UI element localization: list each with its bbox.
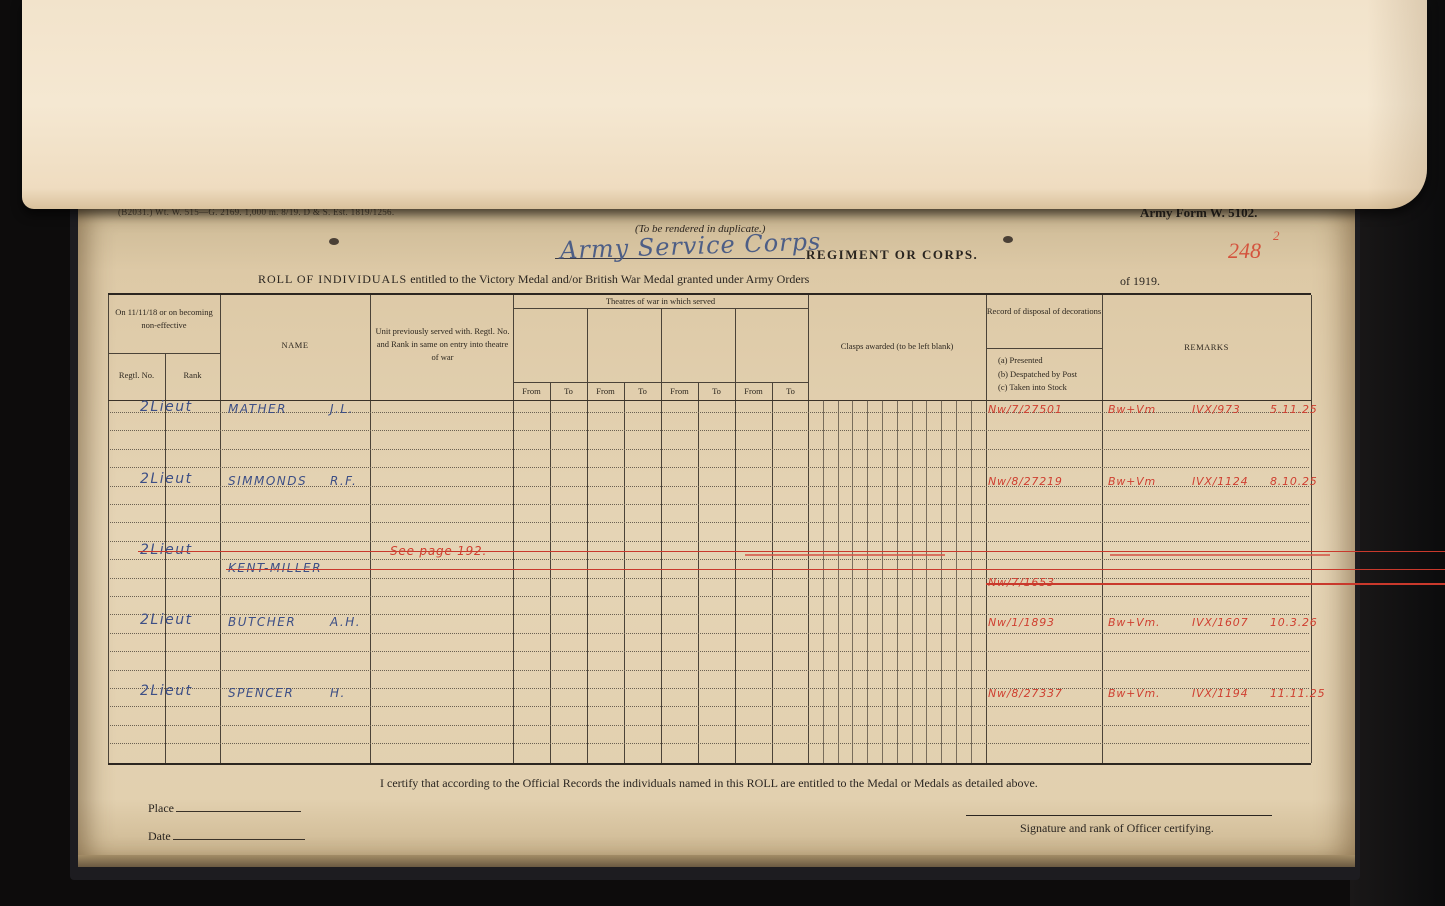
clasp-column-rule	[897, 400, 898, 763]
clasp-column-rule	[926, 400, 927, 763]
clasp-column-rule	[971, 400, 972, 763]
entry-remarks-medals: Bw+Vm.	[1108, 687, 1160, 700]
date-blank	[173, 839, 305, 840]
header-to: To	[550, 385, 587, 398]
dotted-row-rule	[110, 467, 1309, 468]
entry-name: SPENCER	[228, 686, 294, 700]
page-number: 248	[1228, 238, 1261, 264]
dotted-row-rule	[110, 725, 1309, 726]
entry-rank: 2Lieut	[140, 399, 193, 415]
clasp-column-rule	[986, 400, 987, 763]
column-rule	[1102, 295, 1103, 763]
header-to: To	[698, 385, 735, 398]
entry-remarks-medals: Bw+Vm	[1108, 475, 1156, 488]
clasp-column-rule	[823, 400, 824, 763]
clasp-column-rule	[852, 400, 853, 763]
entry-remarks-date: 10.3.26	[1270, 616, 1318, 629]
page-number-superscript: 2	[1273, 228, 1280, 244]
header-unit-previous: Unit previously served with. Regtl. No. …	[375, 325, 510, 365]
roll-title-bold: ROLL OF INDIVIDUALS	[258, 272, 407, 286]
header-disposal-b: (b) Despatched by Post	[998, 368, 1077, 381]
header-effective-group: On 11/11/18 or on becoming non-effective	[108, 306, 220, 332]
regiment-label: REGIMENT OR CORPS.	[806, 247, 978, 263]
entry-remarks-medals: Bw+Vm.	[1108, 616, 1160, 629]
column-rule	[370, 295, 371, 763]
entry-disposal: Nw/8/27337	[988, 687, 1063, 700]
column-rule	[108, 295, 109, 763]
header-bottom-rule	[108, 400, 1311, 401]
entry-disposal: Nw/7/1653	[988, 576, 1445, 589]
header-rule	[108, 353, 220, 354]
entry-rank: 2Lieut	[140, 683, 193, 699]
column-rule	[513, 295, 514, 763]
entry-disposal: Nw/7/27501	[988, 403, 1063, 416]
column-rule	[587, 308, 588, 763]
entry-initials: H.	[330, 686, 346, 700]
date-label: Date	[148, 829, 171, 843]
clasp-column-rule	[956, 400, 957, 763]
header-regtl-no: Regtl. No.	[108, 369, 165, 382]
entry-remarks-ref: IVX/973	[1192, 403, 1241, 416]
entry-initials: J.L.	[330, 402, 354, 416]
dotted-row-rule	[110, 706, 1309, 707]
header-theatres: Theatres of war in which served	[513, 295, 808, 308]
dotted-row-rule	[110, 670, 1309, 671]
date-field: Date	[148, 829, 305, 844]
table-bottom-rule	[108, 763, 1311, 765]
dotted-row-rule	[110, 633, 1309, 634]
clasp-column-rule	[882, 400, 883, 763]
entry-rank: 2Lieut	[140, 471, 193, 487]
entry-remarks-ref: IVX/1194	[1192, 687, 1248, 700]
dotted-row-rule	[110, 743, 1309, 744]
punch-hole-icon	[329, 238, 339, 245]
dotted-row-rule	[110, 596, 1309, 597]
entry-remarks-ref: IVX/1124	[1192, 475, 1248, 488]
dotted-row-rule	[110, 651, 1309, 652]
clasp-column-rule	[912, 400, 913, 763]
column-rule	[808, 295, 809, 763]
entry-name: SIMMONDS	[228, 474, 307, 488]
entry-remarks-date: 8.10.25	[1270, 475, 1318, 488]
punch-hole-icon	[1003, 236, 1013, 243]
roll-year: of 1919.	[1120, 274, 1160, 289]
strike-remarks-line	[1110, 554, 1330, 556]
header-from: From	[735, 385, 772, 398]
signature-line	[966, 815, 1272, 816]
place-label: Place	[148, 801, 174, 815]
header-to: To	[624, 385, 661, 398]
dotted-row-rule	[110, 522, 1309, 523]
entry-remarks-medals: Bw+Vm	[1108, 403, 1156, 416]
entry-name: BUTCHER	[228, 615, 296, 629]
entry-name: MATHER	[228, 402, 287, 416]
clasp-column-rule	[867, 400, 868, 763]
certification-statement: I certify that according to the Official…	[380, 776, 1038, 791]
signature-label: Signature and rank of Officer certifying…	[1020, 821, 1214, 836]
entry-unit-previous: See page 192.	[390, 544, 487, 558]
header-name: NAME	[220, 339, 370, 352]
header-disposal-a: (a) Presented	[998, 354, 1043, 367]
clasp-column-rule	[838, 400, 839, 763]
overleaf-page	[22, 0, 1427, 209]
entry-initials: A.H.	[330, 615, 361, 629]
header-from: From	[513, 385, 550, 398]
header-disposal-c: (c) Taken into Stock	[998, 381, 1067, 394]
clasp-column-rule	[941, 400, 942, 763]
entry-remarks-date: 5.11.25	[1270, 403, 1318, 416]
header-disposal-title: Record of disposal of decorations	[986, 305, 1102, 318]
header-remarks: REMARKS	[1102, 341, 1311, 354]
dotted-row-rule	[110, 430, 1309, 431]
roll-title-rest: entitled to the Victory Medal and/or Bri…	[407, 272, 809, 286]
entry-disposal: Nw/8/27219	[988, 475, 1063, 488]
header-from: From	[661, 385, 698, 398]
entry-rank: 2Lieut	[140, 542, 1445, 558]
header-to: To	[772, 385, 809, 398]
entry-name: KENT-MILLER	[228, 561, 1445, 575]
header-clasps: Clasps awarded (to be left blank)	[808, 340, 986, 353]
page-stack-edge	[78, 855, 1355, 867]
column-rule	[735, 308, 736, 763]
dotted-row-rule	[110, 449, 1309, 450]
roll-title: ROLL OF INDIVIDUALS entitled to the Vict…	[258, 272, 809, 287]
entry-rank: 2Lieut	[140, 612, 193, 628]
column-rule	[661, 308, 662, 763]
entry-initials: R.F.	[330, 474, 357, 488]
strike-arrow-line	[745, 554, 945, 556]
header-rank: Rank	[165, 369, 220, 382]
header-from: From	[587, 385, 624, 398]
entry-disposal: Nw/1/1893	[988, 616, 1055, 629]
place-field: Place	[148, 801, 301, 816]
column-rule	[220, 295, 221, 763]
entry-remarks-ref: IVX/1607	[1192, 616, 1248, 629]
entry-remarks-date: 11.11.25	[1270, 687, 1325, 700]
header-rule	[986, 348, 1102, 349]
dotted-row-rule	[110, 504, 1309, 505]
place-blank	[176, 811, 301, 812]
